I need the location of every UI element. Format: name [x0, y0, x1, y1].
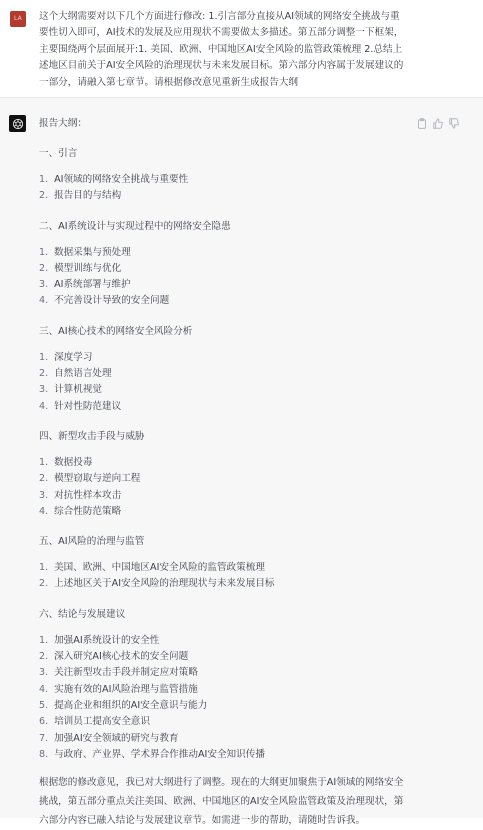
- outline-intro: 报告大纲：: [39, 116, 409, 132]
- list-item: 4. 实施有效的AI风险治理与监管措施: [39, 682, 409, 698]
- section-title: 四、新型攻击手段与威胁: [39, 429, 409, 445]
- clipboard-icon[interactable]: [417, 114, 427, 125]
- list-item: 7. 加强AI安全领域的研究与教育: [39, 731, 409, 747]
- user-avatar: LA: [10, 11, 26, 27]
- section-items: 1. 数据采集与预处理 2. 模型训练与优化 3. AI系统部署与维护 4. 不…: [39, 245, 409, 310]
- section-title: 五、AI风险的治理与监管: [39, 534, 409, 550]
- list-item: 5. 提高企业和组织的AI安全意识与能力: [39, 698, 409, 714]
- assistant-message: 报告大纲： 一、引言 1. AI领域的网络安全挑战与重要性 2. 报告目的与结构…: [0, 98, 483, 818]
- openai-logo-icon: [9, 115, 26, 132]
- list-item: 4. 不完善设计导致的安全问题: [39, 293, 409, 309]
- list-item: 1. 美国、欧洲、中国地区AI安全风险的监管政策梳理: [39, 560, 409, 576]
- thumbs-up-icon[interactable]: [433, 114, 443, 125]
- list-item: 2. 深入研究AI核心技术的安全问题: [39, 649, 409, 665]
- list-item: 1. 加强AI系统设计的安全性: [39, 633, 409, 649]
- outline-section: 三、AI核心技术的网络安全风险分析 1. 深度学习 2. 自然语言处理 3. 计…: [39, 324, 409, 415]
- assistant-message-content: 报告大纲： 一、引言 1. AI领域的网络安全挑战与重要性 2. 报告目的与结构…: [39, 116, 409, 818]
- outline-section: 二、AI系统设计与实现过程中的网络安全隐患 1. 数据采集与预处理 2. 模型训…: [39, 219, 409, 310]
- section-title: 六、结论与发展建议: [39, 607, 409, 623]
- list-item: 4. 针对性防范建议: [39, 399, 409, 415]
- section-title: 二、AI系统设计与实现过程中的网络安全隐患: [39, 219, 409, 235]
- outline-section: 五、AI风险的治理与监管 1. 美国、欧洲、中国地区AI安全风险的监管政策梳理 …: [39, 534, 409, 593]
- outline-section: 六、结论与发展建议 1. 加强AI系统设计的安全性 2. 深入研究AI核心技术的…: [39, 607, 409, 763]
- summary-paragraph: 根据您的修改意见，我已对大纲进行了调整。现在的大纲更加聚焦于AI领域的网络安全挑…: [39, 773, 409, 818]
- list-item: 4. 综合性防范策略: [39, 504, 409, 520]
- outline-section: 一、引言 1. AI领域的网络安全挑战与重要性 2. 报告目的与结构: [39, 146, 409, 205]
- thumbs-down-icon[interactable]: [449, 114, 459, 125]
- list-item: 3. AI系统部署与维护: [39, 277, 409, 293]
- list-item: 2. 上述地区关于AI安全风险的治理现状与未来发展目标: [39, 576, 409, 592]
- list-item: 3. 计算机视觉: [39, 382, 409, 398]
- section-items: 1. AI领域的网络安全挑战与重要性 2. 报告目的与结构: [39, 172, 409, 205]
- section-items: 1. 数据投毒 2. 模型窃取与逆向工程 3. 对抗性样本攻击 4. 综合性防范…: [39, 455, 409, 520]
- section-items: 1. 美国、欧洲、中国地区AI安全风险的监管政策梳理 2. 上述地区关于AI安全…: [39, 560, 409, 593]
- list-item: 2. 模型训练与优化: [39, 261, 409, 277]
- section-items: 1. 加强AI系统设计的安全性 2. 深入研究AI核心技术的安全问题 3. 关注…: [39, 633, 409, 763]
- list-item: 3. 对抗性样本攻击: [39, 488, 409, 504]
- feedback-toolbar: [417, 114, 459, 125]
- list-item: 3. 关注新型攻击手段并制定应对策略: [39, 665, 409, 681]
- list-item: 1. 数据投毒: [39, 455, 409, 471]
- outline-section: 四、新型攻击手段与威胁 1. 数据投毒 2. 模型窃取与逆向工程 3. 对抗性样…: [39, 429, 409, 520]
- section-title: 三、AI核心技术的网络安全风险分析: [39, 324, 409, 340]
- list-item: 8. 与政府、产业界、学术界合作推动AI安全知识传播: [39, 747, 409, 763]
- section-items: 1. 深度学习 2. 自然语言处理 3. 计算机视觉 4. 针对性防范建议: [39, 350, 409, 415]
- list-item: 2. 报告目的与结构: [39, 188, 409, 204]
- list-item: 2. 模型窃取与逆向工程: [39, 471, 409, 487]
- user-message: LA 这个大纲需要对以下几个方面进行修改: 1.引言部分直接从AI领域的网络安全…: [0, 0, 483, 98]
- user-message-text: 这个大纲需要对以下几个方面进行修改: 1.引言部分直接从AI领域的网络安全挑战与…: [39, 9, 409, 91]
- list-item: 1. 数据采集与预处理: [39, 245, 409, 261]
- section-title: 一、引言: [39, 146, 409, 162]
- list-item: 1. AI领域的网络安全挑战与重要性: [39, 172, 409, 188]
- list-item: 1. 深度学习: [39, 350, 409, 366]
- list-item: 2. 自然语言处理: [39, 366, 409, 382]
- list-item: 6. 培训员工提高安全意识: [39, 714, 409, 730]
